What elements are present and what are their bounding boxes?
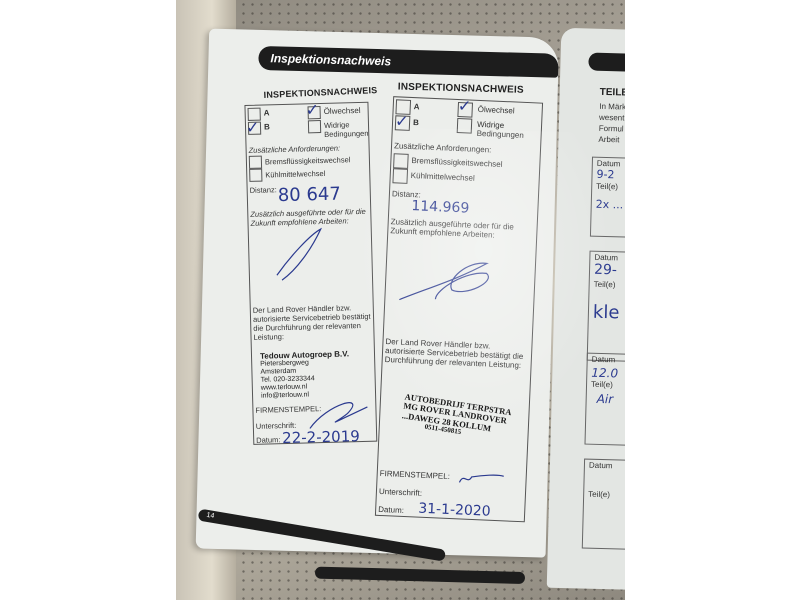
entry-1-title: INSPEKTIONSNACHWEIS bbox=[263, 85, 377, 100]
teile-intro: In Märk wesent Formul Arbeit bbox=[598, 101, 625, 146]
option-a-label: A bbox=[414, 102, 420, 111]
right-page: TEILE In Märk wesent Formul Arbeit Datum… bbox=[547, 28, 625, 591]
zusaetzliche-label: Zusätzliche Anforderungen: bbox=[394, 141, 492, 154]
checkmark-icon: ✓ bbox=[457, 96, 471, 117]
checkmark-icon: ✓ bbox=[395, 111, 409, 132]
option-b-label: B bbox=[264, 122, 270, 131]
kuehl-checkbox bbox=[392, 168, 408, 184]
widrige-checkbox bbox=[308, 120, 321, 133]
right-header-bar bbox=[588, 53, 625, 73]
brems-checkbox bbox=[393, 153, 409, 169]
distanz-label: Distanz: bbox=[250, 185, 277, 195]
checkmark-icon: ✓ bbox=[305, 100, 319, 120]
teile-title: TEILE bbox=[600, 87, 625, 99]
kuehl-label: Kühlmittelwechsel bbox=[265, 169, 325, 180]
datum-value: 22-2-2019 bbox=[282, 427, 360, 447]
entry-2-form: A ✓ B ✓ Ölwechsel Widrige Bedingungen Zu… bbox=[375, 96, 543, 522]
kuehl-checkbox bbox=[249, 169, 262, 182]
unterschrift-label: Unterschrift: bbox=[379, 487, 422, 498]
left-page: Inspektionsnachweis INSPEKTIONSNACHWEIS … bbox=[196, 29, 559, 558]
kuehl-label: Kühlmittelwechsel bbox=[411, 171, 475, 183]
dealer-stamp: AUTOBEDRIJF TERPSTRA MG ROVER LANDROVER … bbox=[400, 392, 512, 443]
zusaetzliche-label: Zusätzliche Anforderungen: bbox=[249, 144, 341, 155]
datum-value: 31-1-2020 bbox=[418, 501, 491, 520]
empfohlene-label: Zusätzlich ausgeführte oder für die Zuku… bbox=[390, 217, 536, 241]
widrige-label: Widrige Bedingungen bbox=[476, 120, 537, 141]
signature-icon bbox=[457, 468, 508, 490]
footer-bar bbox=[315, 567, 525, 584]
signature-icon bbox=[395, 247, 508, 312]
teile-record: Datum 29- Teil(e) kle bbox=[587, 251, 625, 363]
brems-checkbox bbox=[249, 156, 262, 169]
teile-record: Datum Teil(e) bbox=[582, 459, 625, 551]
teile-record: Datum 12.0 Teil(e) Air bbox=[584, 353, 625, 447]
datum-label: Datum: bbox=[256, 435, 280, 445]
oelwechsel-label: Ölwechsel bbox=[478, 105, 515, 116]
brems-label: Bremsflüssigkeitswechsel bbox=[265, 155, 351, 166]
distanz-value: 114.969 bbox=[411, 198, 470, 217]
section-header: Inspektionsnachweis bbox=[258, 46, 559, 78]
option-a-label: A bbox=[264, 108, 270, 117]
distanz-value: 80 647 bbox=[278, 184, 342, 207]
datum-label: Datum: bbox=[378, 505, 404, 515]
service-booklet: Inspektionsnachweis INSPEKTIONSNACHWEIS … bbox=[195, 23, 625, 594]
bestaetigung-label: Der Land Rover Händler bzw. autorisierte… bbox=[253, 303, 372, 342]
entry-2-title: INSPEKTIONSNACHWEIS bbox=[398, 82, 524, 96]
bestaetigung-label: Der Land Rover Händler bzw. autorisierte… bbox=[385, 337, 531, 370]
teile-record: Datum 9-2 Teil(e) 2x ... R bbox=[590, 157, 625, 239]
photo: Inspektionsnachweis INSPEKTIONSNACHWEIS … bbox=[176, 0, 625, 600]
signature-icon bbox=[271, 224, 333, 286]
brems-label: Bremsflüssigkeitswechsel bbox=[411, 156, 502, 169]
widrige-checkbox bbox=[457, 118, 473, 134]
option-b-label: B bbox=[413, 118, 419, 127]
widrige-label: Widrige Bedingungen bbox=[324, 120, 368, 139]
entry-1-form: A ✓ B ✓ Ölwechsel Widrige Bedingungen Zu… bbox=[244, 102, 377, 445]
oelwechsel-label: Ölwechsel bbox=[324, 106, 361, 116]
checkmark-icon: ✓ bbox=[246, 118, 260, 138]
firmenstempel-label: FIRMENSTEMPEL: bbox=[380, 469, 451, 481]
